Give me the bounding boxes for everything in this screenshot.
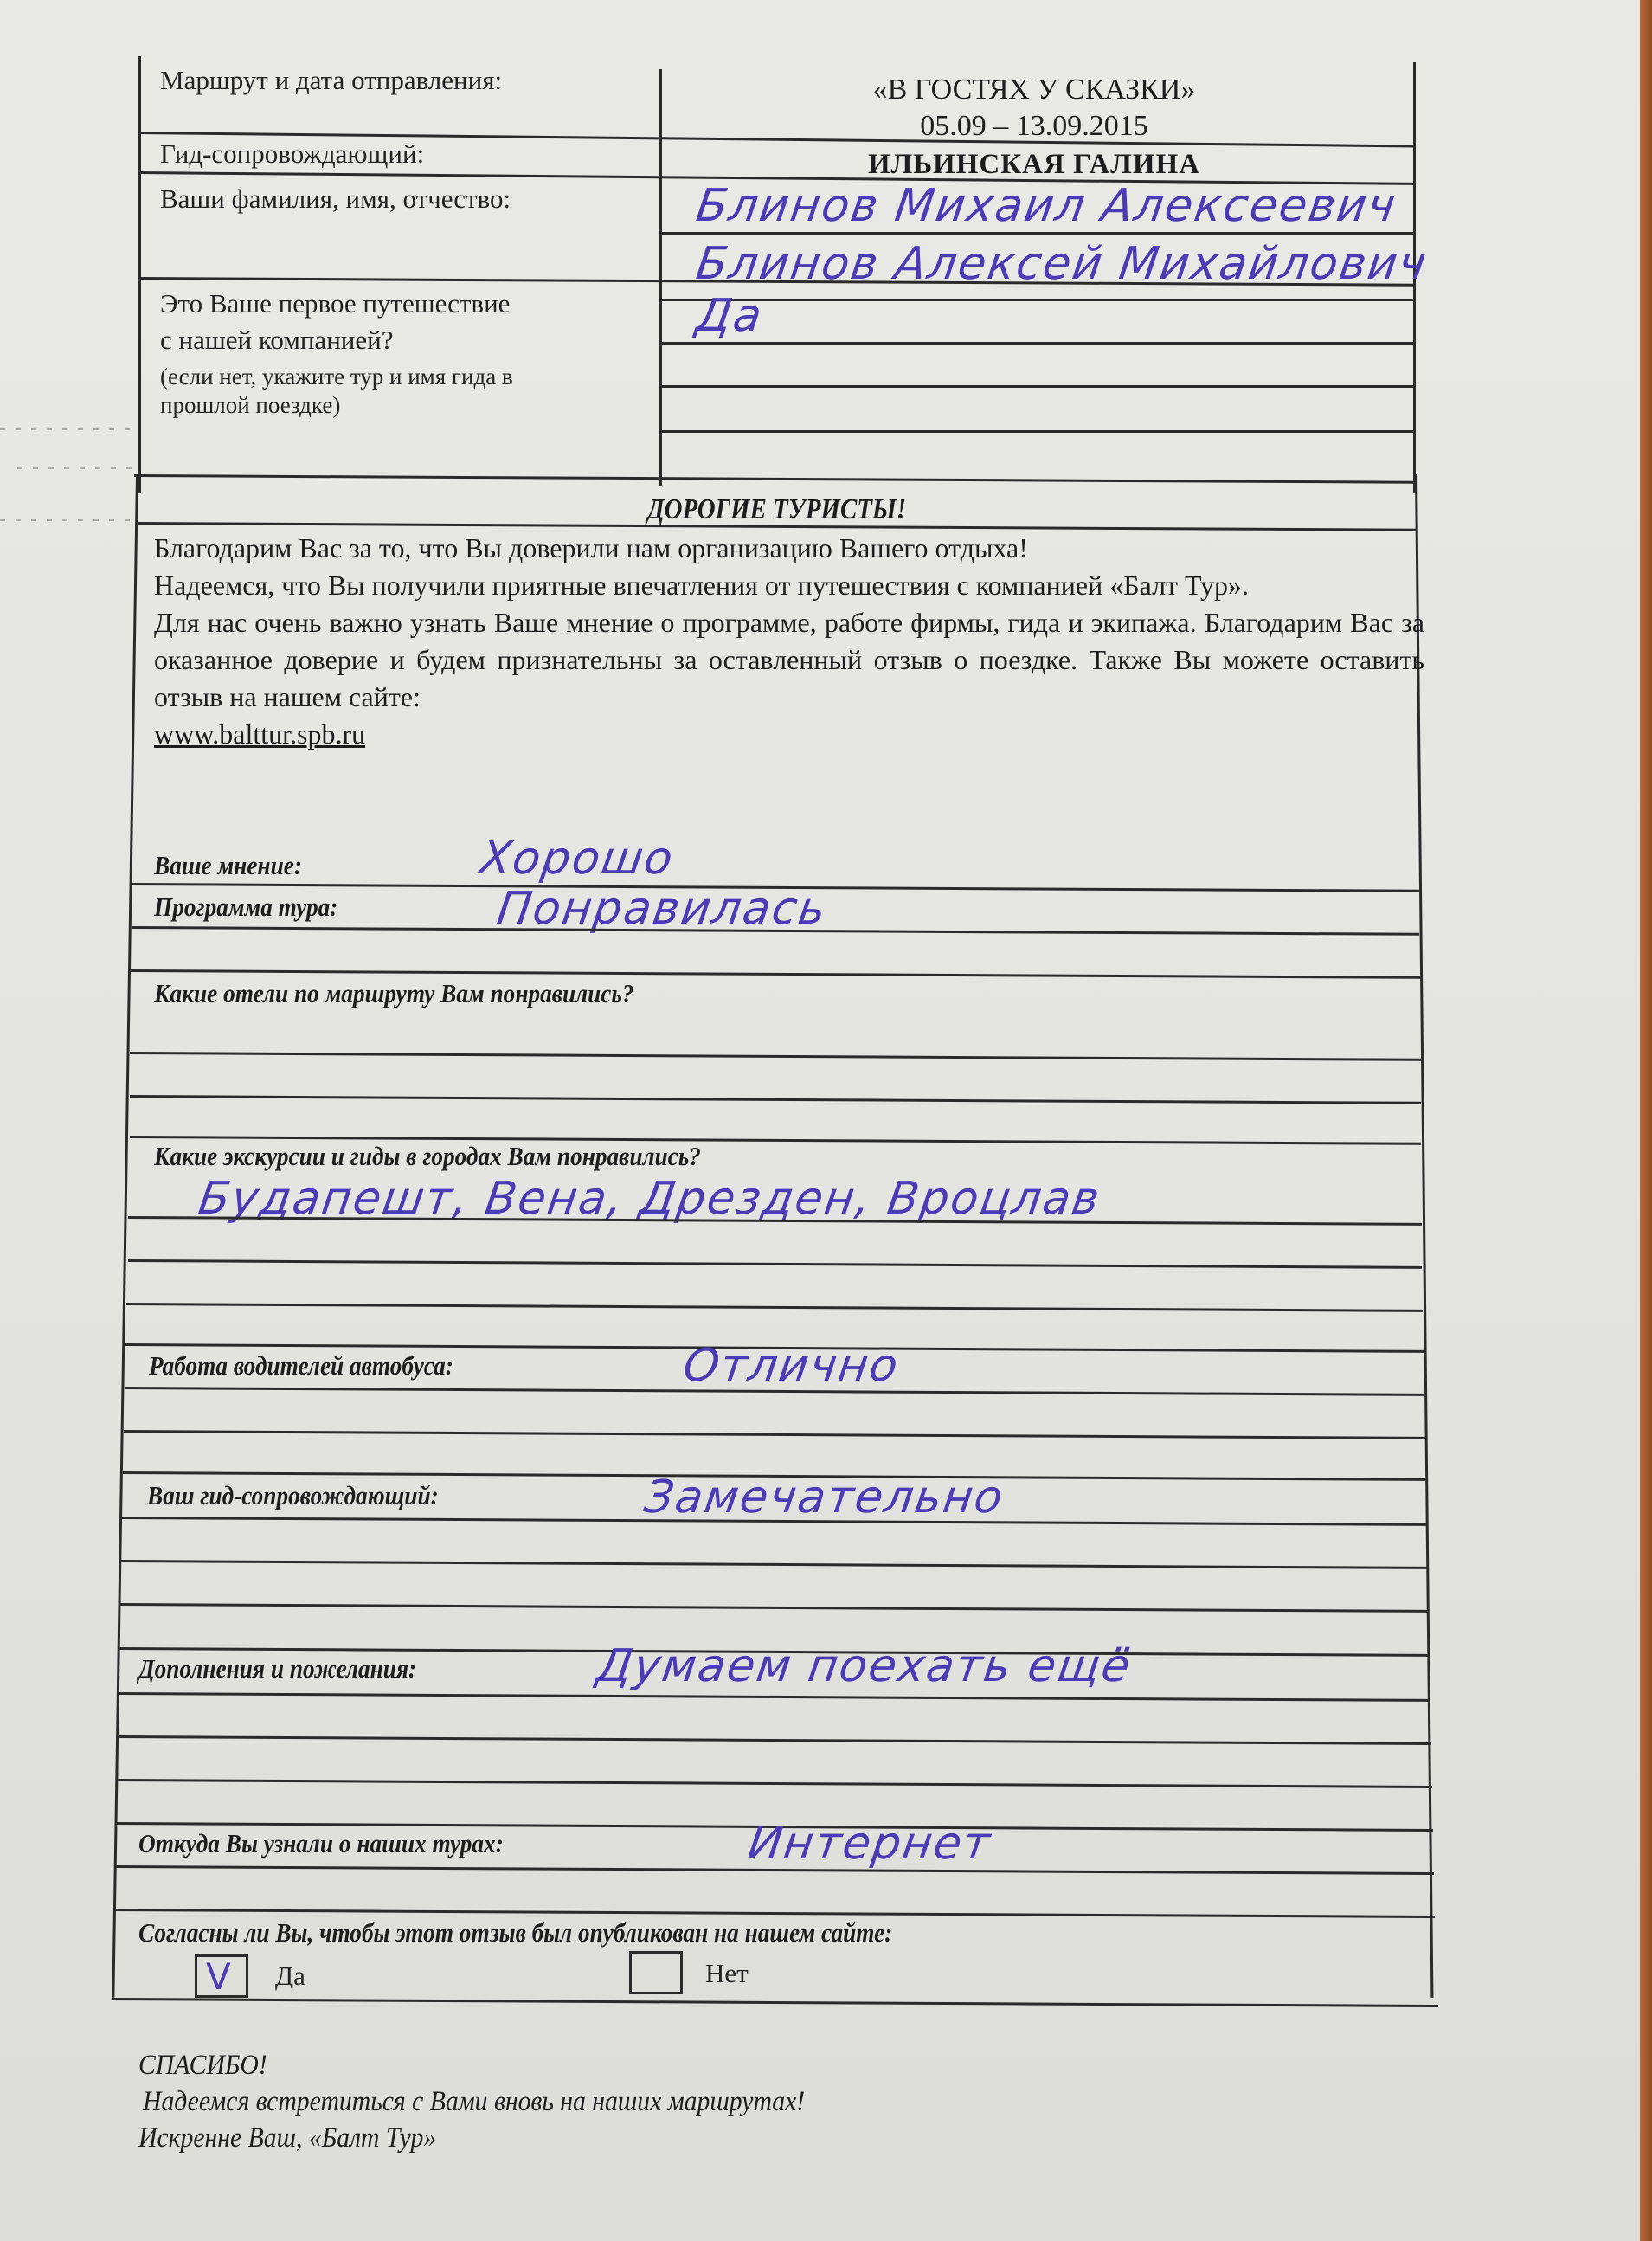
website-link[interactable]: www.balttur.spb.ru <box>154 718 365 750</box>
fio-label: Ваши фамилия, имя, отчество: <box>160 184 511 215</box>
answer-line <box>659 430 1415 433</box>
copy-noise <box>0 428 138 430</box>
table-left-border <box>138 56 141 493</box>
footer-thanks: СПАСИБО! <box>138 2050 267 2082</box>
publish-label: Согласны ли Вы, чтобы этот отзыв был опу… <box>138 1917 892 1948</box>
tour-dates: 05.09 – 13.09.2015 <box>692 110 1376 143</box>
guide-label: Гид-сопровождающий: <box>160 138 424 170</box>
publish-yes-checkbox[interactable]: V <box>195 1954 248 1998</box>
fio-value-1[interactable]: Блинов Михаил Алексеевич <box>693 180 1400 232</box>
guide-opinion-answer[interactable]: Замечательно <box>641 1471 1007 1523</box>
route-label: Маршрут и дата отправления: <box>160 65 502 96</box>
opinion-label: Ваше мнение: <box>154 850 302 881</box>
opinion-answer[interactable]: Хорошо <box>477 833 678 885</box>
table-column-divider <box>659 69 662 486</box>
letter-line-1: Благодарим Вас за то, что Вы доверили на… <box>154 530 1424 567</box>
source-label: Откуда Вы узнали о наших турах: <box>138 1828 504 1859</box>
first-trip-hint-2: прошлой поездке) <box>160 392 340 419</box>
answer-line <box>659 385 1415 388</box>
wishes-answer[interactable]: Думаем поехать ещё <box>594 1640 1135 1692</box>
publish-no-checkbox[interactable] <box>629 1951 683 1994</box>
hotels-label: Какие отели по маршруту Вам понравились? <box>154 978 634 1009</box>
first-trip-label: Это Ваше первое путешествие <box>160 288 510 319</box>
excursions-label: Какие экскурсии и гиды в городах Вам пон… <box>154 1141 701 1172</box>
drivers-label: Работа водителей автобуса: <box>149 1350 453 1381</box>
program-answer[interactable]: Понравилась <box>494 883 831 935</box>
first-trip-hint: (если нет, укажите тур и имя гида в <box>160 364 513 390</box>
footer-hope: Надеемся встретиться с Вами вновь на наш… <box>143 2086 805 2118</box>
footer-signature: Искренне Ваш, «Балт Тур» <box>138 2122 436 2154</box>
first-trip-answer[interactable]: Да <box>693 290 767 342</box>
wishes-label: Дополнения и пожелания: <box>138 1653 416 1684</box>
answer-line <box>659 232 1415 235</box>
letter-paragraph-3: Для нас очень важно узнать Ваше мнение о… <box>154 604 1424 716</box>
copy-noise <box>0 519 130 521</box>
letter-body: Благодарим Вас за то, что Вы доверили на… <box>154 530 1424 753</box>
tour-name: «В ГОСТЯХ У СКАЗКИ» <box>692 74 1376 106</box>
letter-heading: ДОРОГИЕ ТУРИСТЫ! <box>235 493 1320 526</box>
answer-line <box>659 299 1415 301</box>
answer-line <box>659 342 1415 345</box>
fio-value-2[interactable]: Блинов Алексей Михайлович <box>693 238 1431 290</box>
publish-yes-label: Да <box>275 1961 305 1992</box>
copy-noise <box>17 467 138 469</box>
program-label: Программа тура: <box>154 892 337 923</box>
desk-edge <box>1640 0 1652 2241</box>
checkmark-icon: V <box>206 1955 231 1998</box>
guide-opinion-label: Ваш гид-сопровождающий: <box>147 1480 439 1511</box>
letter-paragraph-2: Надеемся, что Вы получили приятные впеча… <box>154 567 1424 604</box>
source-answer[interactable]: Интернет <box>745 1818 995 1870</box>
guide-name: ИЛЬИНСКАЯ ГАЛИНА <box>692 149 1376 181</box>
drivers-answer[interactable]: Отлично <box>680 1340 903 1392</box>
publish-no-label: Нет <box>705 1958 749 1989</box>
first-trip-label-2: с нашей компанией? <box>160 325 393 356</box>
